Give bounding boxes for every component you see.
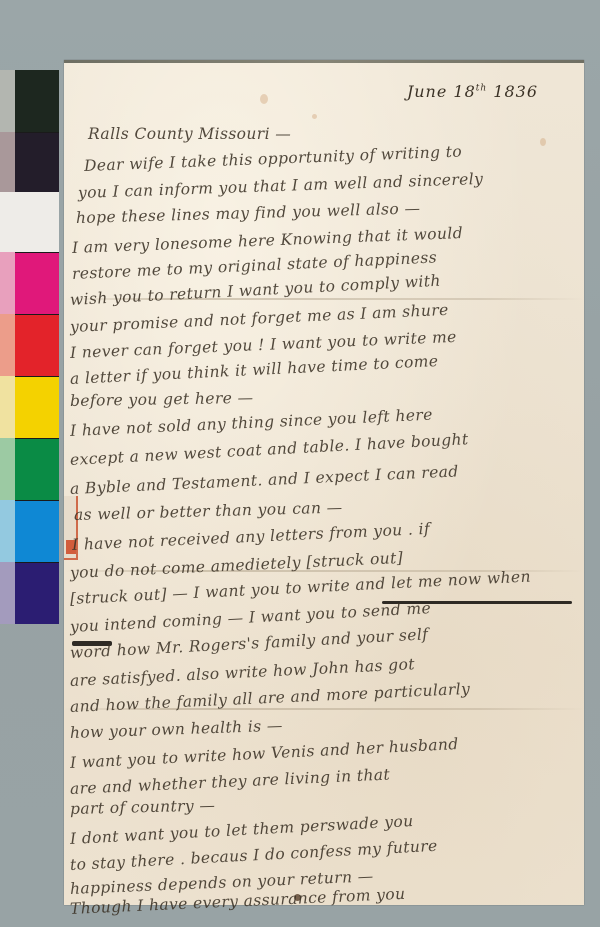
- letter-line: a Byble and Testament. and I expect I ca…: [70, 462, 459, 498]
- swatch-dark: [15, 500, 59, 562]
- swatch-dark: [15, 562, 59, 624]
- swatch-black-purple: [0, 132, 59, 192]
- color-calibration-strip: [0, 70, 59, 624]
- letter-line: are and whether they are living in that: [70, 765, 391, 798]
- swatch-white: [0, 192, 59, 252]
- swatch-cyan: [0, 500, 59, 562]
- letter-line: hope these lines may find you well also …: [76, 199, 421, 227]
- swatch-light: [0, 314, 15, 376]
- swatch-light: [0, 500, 15, 562]
- swatch-dark: [15, 252, 59, 314]
- letter-page: June 18th 1836 Ralls County Missouri — D…: [64, 60, 584, 905]
- letter-line: before you get here —: [70, 389, 254, 410]
- swatch-dark: [15, 70, 59, 132]
- swatch-light: [0, 70, 15, 132]
- letter-line: as well or better than you can —: [74, 499, 343, 524]
- letter-line: I have not received any letters from you…: [72, 520, 431, 554]
- swatch-violet: [0, 562, 59, 624]
- swatch-dark: [15, 132, 59, 192]
- swatch-dark: [15, 314, 59, 376]
- swatch-light: [0, 438, 15, 500]
- place-heading: Ralls County Missouri —: [88, 125, 291, 143]
- swatch-black-green: [0, 70, 59, 132]
- letter-body: Ralls County Missouri — Dear wife I take…: [64, 60, 584, 905]
- letter-line: Dear wife I take this opportunity of wri…: [84, 142, 463, 175]
- swatch-light: [0, 376, 15, 438]
- swatch-full: [0, 192, 59, 252]
- swatch-yellow: [0, 376, 59, 438]
- swatch-dark: [15, 376, 59, 438]
- swatch-light: [0, 252, 15, 314]
- swatch-dark: [15, 438, 59, 500]
- letter-line: I want you to write how Venis and her hu…: [70, 735, 459, 772]
- swatch-light: [0, 132, 15, 192]
- letter-line: how your own health is —: [70, 717, 283, 742]
- swatch-green: [0, 438, 59, 500]
- swatch-red: [0, 314, 59, 376]
- swatch-light: [0, 562, 15, 624]
- letter-line: part of country —: [70, 796, 216, 818]
- letter-line: you I can inform you that I am well and …: [78, 170, 484, 202]
- swatch-magenta: [0, 252, 59, 314]
